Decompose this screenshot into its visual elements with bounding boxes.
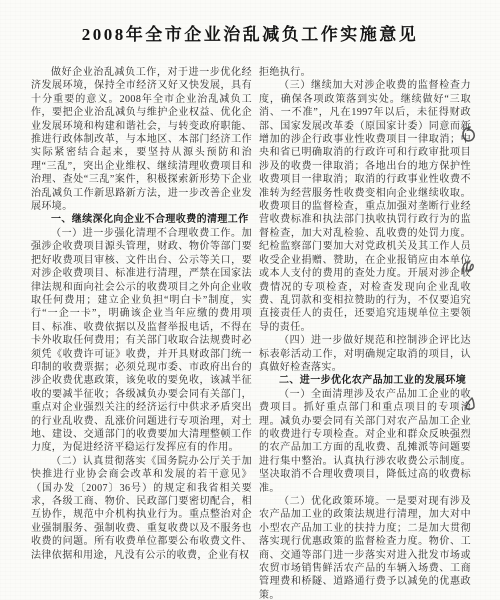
paragraph-1-4: （四）进一步做好规范和控制涉企评比达标表彰活动工作，对明确规定取消的项目，认真做… (259, 334, 471, 374)
document-title: 2008年全市企业治乱减负工作实施意见 (0, 20, 500, 45)
paragraph-intro: 做好企业治乱减负工作，对于进一步优化经济发展环境，保持全市经济又好又快发展，具有… (31, 66, 252, 213)
section-heading-2: 二、进一步优化农产品加工业的发展环境 (259, 374, 471, 387)
right-column: 拒绝执行。 （三）继续加大对涉企收费的监督检查力度，确保各项政策落到实处。继续做… (259, 66, 471, 600)
document-page: 2008年全市企业治乱减负工作实施意见 做好企业治乱减负工作，对于进一步优化经济… (0, 0, 500, 600)
left-column: 做好企业治乱减负工作，对于进一步优化经济发展环境，保持全市经济又好又快发展，具有… (31, 66, 252, 562)
paragraph-2-1: （一）全面清理涉及农产品加工企业的收费项目。抓好重点部门和重点项目的专项治理。减… (259, 388, 471, 495)
section-heading-1: 一、继续深化向企业不合理收费的清理工作 (31, 213, 252, 226)
paragraph-1-1: （一）进一步强化清理不合理收费工作。加强涉企收费项目源头管理，财政、物价等部门要… (31, 227, 252, 455)
paragraph-1-2-continuation: 拒绝执行。 (259, 66, 471, 79)
paragraph-1-2: （二）认真贯彻落实《国务院办公厅关于加快推进行业协会商会改革和发展的若干意见》（… (31, 455, 252, 562)
paragraph-1-3: （三）继续加大对涉企收费的监督检查力度，确保各项政策落到实处。继续做好“三取消、… (259, 79, 471, 334)
paragraph-2-2: （二）优化政策环境。一是要对现有涉及农产品加工业的政策法规进行清理，加大对中小型… (259, 495, 471, 600)
